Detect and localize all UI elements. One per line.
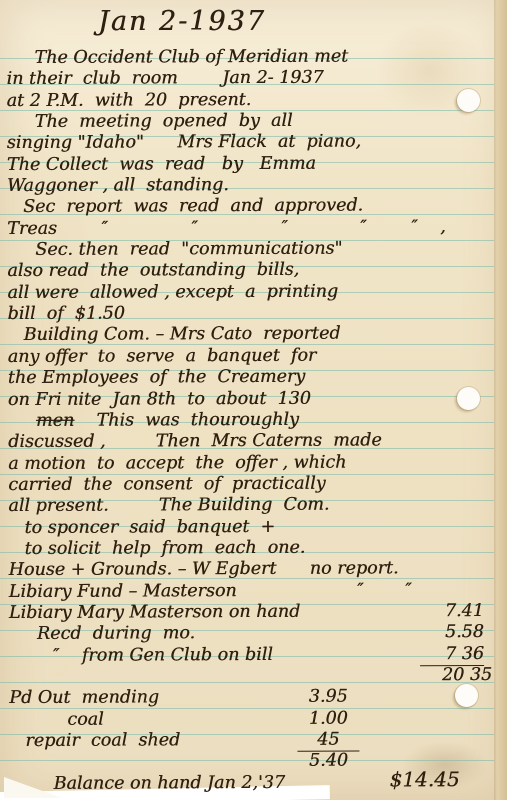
minutes-line: a motion to accept the offer , which [8,451,491,474]
ledger-row: ″ from Gen Club on bill7 36 [9,644,492,667]
amount-total-receipts: 20 35 [428,665,492,687]
minutes-line-ditto: Treas ″ ″ ″ ″ ″ , [7,217,490,240]
ledger-row: Libiary Mary Masterson on hand7.41 [9,601,492,624]
minutes-line: The Occident Club of Meridian met [6,46,489,69]
ledger-row: repair coal shed45 [9,729,492,752]
amount-received: 5.58 [420,622,484,644]
ledger-total-row: 20 35 [9,665,492,688]
minutes-line: House + Grounds. – W Egbert no report. [9,558,492,581]
struck-word: men [36,411,74,431]
minutes-line: in their club room Jan 2- 1937 [6,67,489,90]
minutes-text: The Occident Club of Meridian met in the… [6,46,492,795]
minutes-line: Building Com. – Mrs Cato reported [8,323,491,346]
ledger-row: coal1.00 [9,708,492,731]
minutes-line: the Employees of the Creamery [8,366,491,389]
minutes-line: all present. The Building Com. [8,494,491,517]
balance-row: Balance on hand Jan 2,'37$14.45 [10,772,493,795]
minutes-line: discussed , Then Mrs Caterns made [8,430,491,453]
notebook-page: Jan 2-1937 The Occident Club of Meridian… [0,0,507,800]
amount-coal: 1.00 [297,708,359,730]
ditto-marks: ″ ″ [357,580,430,602]
ledger-row: Recd during mo.5.58 [9,622,492,645]
minutes-line: all were allowed , except a printing [7,281,490,304]
minutes-line: on Fri nite Jan 8th to about 130 [8,387,491,410]
minutes-line: at 2 P.M. with 20 present. [7,89,490,112]
minutes-line: bill of $1.50 [7,302,490,325]
minutes-line: The Collect was read by Emma [7,153,490,176]
minutes-line: also read the outstanding bills, [7,259,490,282]
ledger-row: Pd Out mending3.95 [9,686,492,709]
entry-date-heading: Jan 2-1937 [98,6,266,37]
amount-coal-shed: 45 [297,730,359,753]
minutes-line: carried the consent of practically [8,473,491,496]
minutes-line: to solicit help from each one. [9,537,492,560]
minutes-line: The meeting opened by all [7,110,490,133]
minutes-line-strikethrough: men This was thouroughly [8,409,491,432]
minutes-line: Sec. then read "communications" [7,238,490,261]
page-right-edge [494,0,507,800]
amount-total-paid: 5.40 [297,751,359,773]
minutes-line: singing "Idaho" Mrs Flack at piano, [7,131,490,154]
minutes-line-ledger: Libiary Fund – Masterson″ ″ [9,580,492,603]
minutes-line: to sponcer said banquet + [8,516,491,539]
amount-balance: $14.45 [390,769,460,791]
amount-from-gen-club: 7 36 [420,644,484,667]
amount-on-hand: 7.41 [420,601,484,623]
minutes-line: any offer to serve a banquet for [8,345,491,368]
minutes-line: Sec report was read and approved. [7,195,490,218]
minutes-line: Waggoner , all standing. [7,174,490,197]
amount-mending: 3.95 [297,687,359,709]
